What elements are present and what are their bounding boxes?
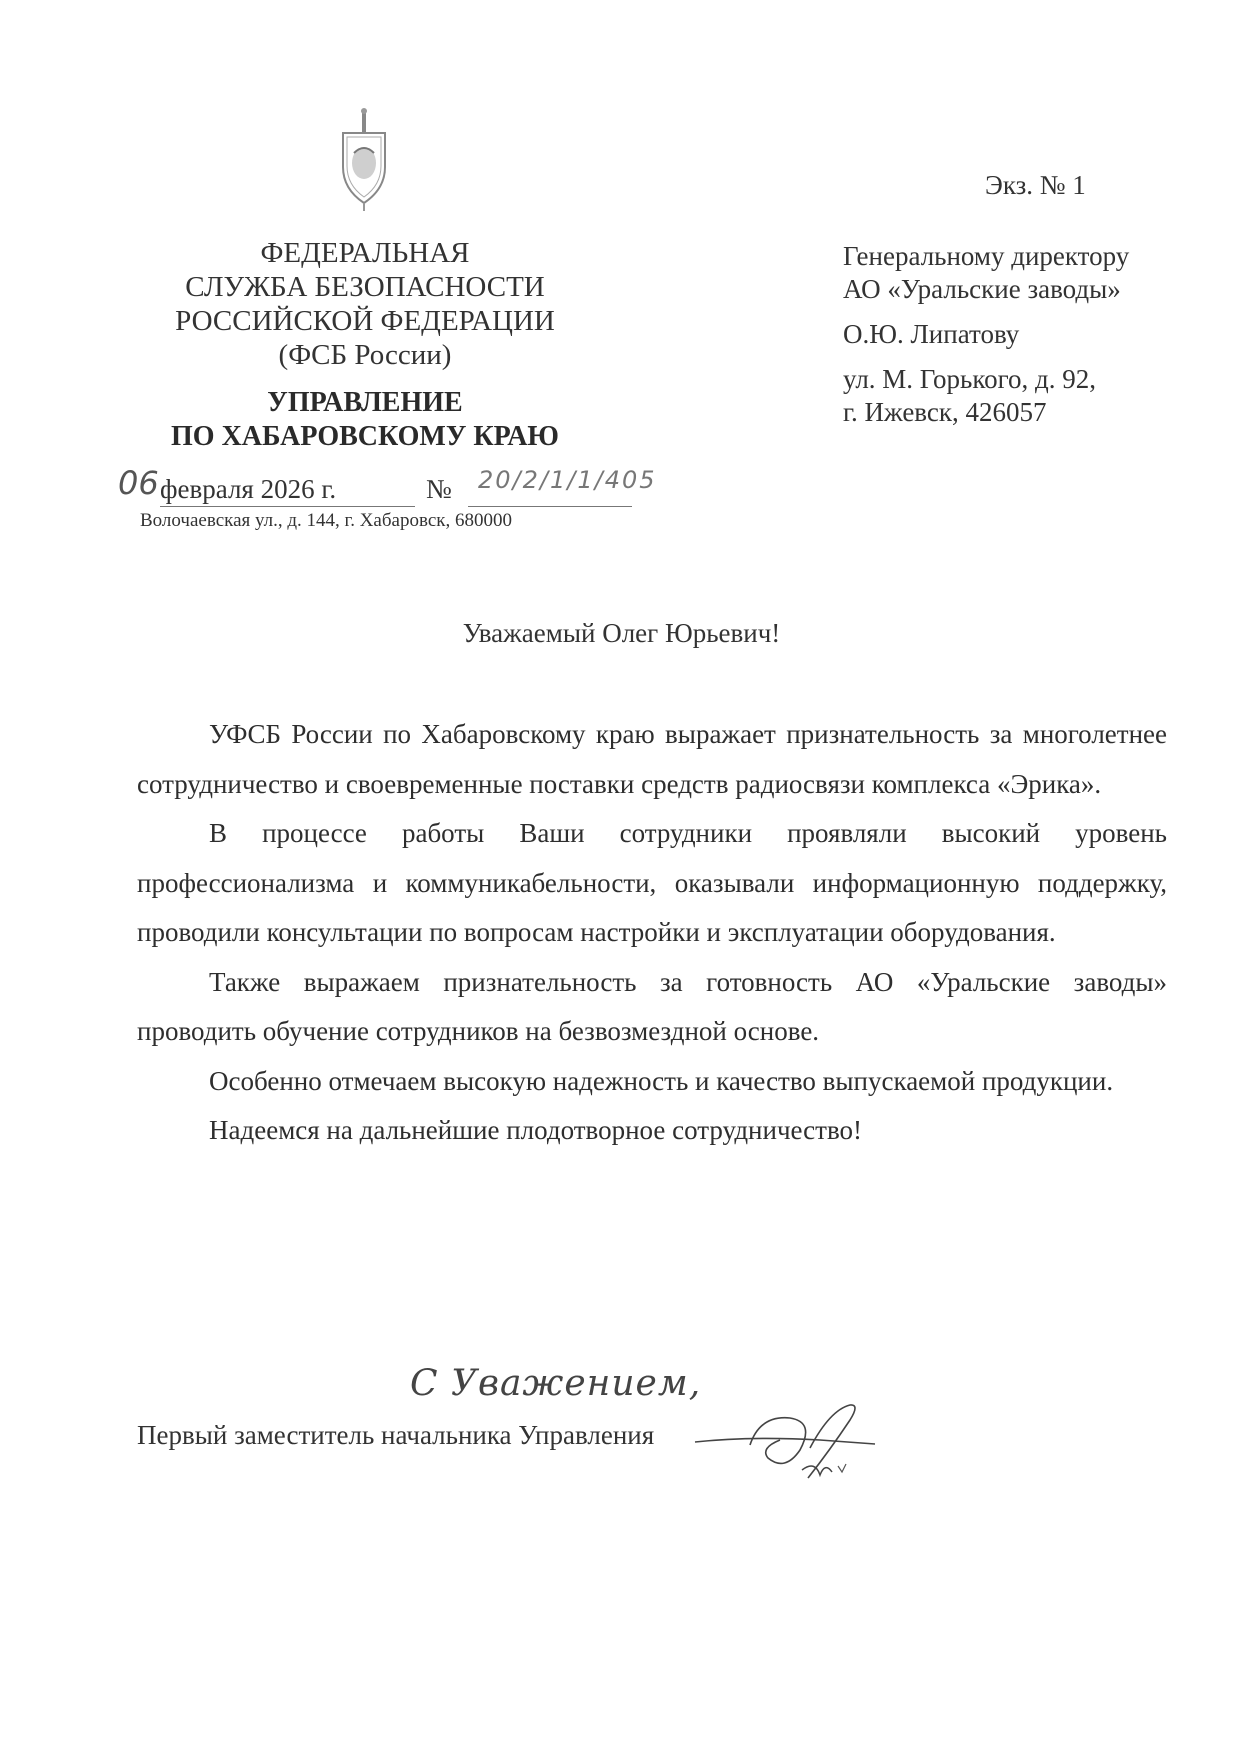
body-paragraph-2: В процессе работы Ваши сотрудники проявл…: [137, 809, 1167, 958]
addressee-street: ул. М. Горького, д. 92,: [843, 363, 1129, 396]
document-number-handwritten: 20/2/1/1/405: [478, 466, 657, 494]
signer-title: Первый заместитель начальника Управления: [137, 1420, 654, 1451]
salutation: Уважаемый Олег Юрьевич!: [0, 618, 1243, 649]
org-line-4: (ФСБ России): [150, 338, 580, 372]
addressee-city: г. Ижевск, 426057: [843, 396, 1129, 429]
addressee-position: Генеральному директору: [843, 240, 1129, 273]
number-sign: №: [426, 474, 452, 505]
org-line-3: РОССИЙСКОЙ ФЕДЕРАЦИИ: [150, 304, 580, 338]
sender-letterhead: ФЕДЕРАЛЬНАЯ СЛУЖБА БЕЗОПАСНОСТИ РОССИЙСК…: [150, 236, 580, 454]
date-day-handwritten: 06: [118, 464, 159, 502]
handwritten-signature-icon: [690, 1400, 890, 1490]
body-paragraph-4: Особенно отмечаем высокую надежность и к…: [137, 1057, 1167, 1107]
date-number-line: 06 февраля 2026 г. № 20/2/1/1/405: [118, 470, 628, 510]
date-text: февраля 2026 г.: [160, 474, 336, 505]
fsb-shield-emblem-icon: [337, 105, 391, 215]
body-paragraph-1: УФСБ России по Хабаровскому краю выражае…: [137, 710, 1167, 809]
department-line-1: УПРАВЛЕНИЕ: [150, 386, 580, 420]
date-underline: [160, 506, 415, 507]
number-underline: [468, 506, 632, 507]
body-paragraph-3: Также выражаем признательность за готовн…: [137, 958, 1167, 1057]
sender-address: Волочаевская ул., д. 144, г. Хабаровск, …: [140, 510, 512, 532]
letter-body: УФСБ России по Хабаровскому краю выражае…: [137, 710, 1167, 1156]
addressee-block: Генеральному директору АО «Уральские зав…: [843, 240, 1129, 429]
org-line-1: ФЕДЕРАЛЬНАЯ: [150, 236, 580, 270]
addressee-company: АО «Уральские заводы»: [843, 273, 1129, 306]
closing-handwritten: С Уважением,: [410, 1363, 701, 1404]
body-paragraph-5: Надеемся на дальнейшие плодотворное сотр…: [137, 1106, 1167, 1156]
org-line-2: СЛУЖБА БЕЗОПАСНОСТИ: [150, 270, 580, 304]
department-line-2: ПО ХАБАРОВСКОМУ КРАЮ: [150, 420, 580, 454]
addressee-name: О.Ю. Липатову: [843, 318, 1129, 351]
copy-number: Экз. № 1: [985, 170, 1086, 201]
